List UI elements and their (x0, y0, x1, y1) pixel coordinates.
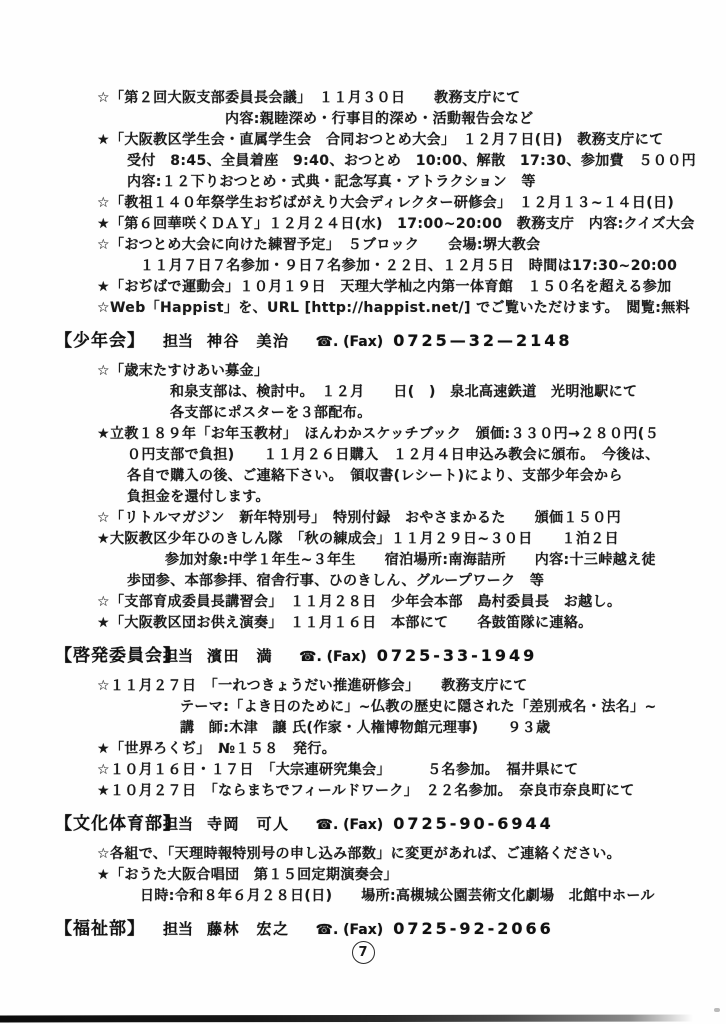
bulletin-line: 負担金を還付します。 (127, 487, 726, 508)
phone-number: 0725-90-6944 (393, 811, 554, 837)
section-title: 【啓発委員会】 (55, 643, 163, 669)
bulletin-line: ０円支部で負担) １１月２６日購入 １２月４日申込み教会に頒布。 今後は、 (127, 445, 726, 466)
bulletin-line: 歩団参、本部参拝、宿舎行事、ひのきしん、グループワーク 等 (127, 571, 726, 592)
bulletin-line: ★「大阪教区学生会・直属学生会 合同おつとめ大会」 １２月７日(日) 教務支庁に… (97, 130, 726, 151)
page-footer: 7 (0, 941, 726, 964)
bulletin-line: ★「第６回華咲くＤＡＹ」１２月２４日(水) 17:00~20:00 教務支庁 内… (97, 214, 726, 235)
staff-name: 寺岡 可人 (207, 811, 290, 837)
bulletin-line: 各支部にポスターを３部配布。 (170, 403, 726, 424)
phone-fax-icon: ☎. (Fax) (316, 812, 384, 838)
section-fukushi: 【福祉部】 担当 藤林 宏之 ☎. (Fax) 0725-92-2066 (0, 916, 726, 942)
staff-name: 藤林 宏之 (207, 916, 290, 942)
bulletin-line: 内容:親睦深め・行事目的深め・活動報告会など (225, 109, 726, 130)
phone-number: 0725—32—2148 (393, 328, 572, 354)
bulletin-line: ☆各組で、「天理時報特別号の申し込み部数」に変更があれば、ご連絡ください。 (97, 844, 726, 865)
section-header-bunka: 【文化体育部】 担当 寺岡 可人 ☎. (Fax) 0725-90-6944 (55, 811, 726, 837)
phone-fax-icon: ☎. (Fax) (316, 329, 384, 355)
scan-artifact-speck (714, 1008, 720, 1012)
bulletin-line: ☆１１月２７日 「一れつきょうだい推進研修会」 教務支庁にて (97, 676, 726, 697)
bulletin-line: テーマ:「よき日のために」~仏教の歴史に隠された「差別戒名・法名」~ (180, 697, 726, 718)
bulletin-line: 和泉支部は、検討中。 １２月 日( ) 泉北高速鉄道 光明池駅にて (170, 382, 726, 403)
bulletin-line: ★「おうた大阪合唱団 第１５回定期演奏会」 (97, 865, 726, 886)
bunka-item-list: ☆各組で、「天理時報特別号の申し込み部数」に変更があれば、ご連絡ください。 ★「… (0, 844, 726, 907)
scan-artifact-band (0, 1015, 700, 1023)
section-header-keihatsu: 【啓発委員会】 担当 濱田 満 ☎. (Fax) 0725-33-1949 (55, 643, 726, 669)
bulletin-line: ☆１０月１６日・１７日 「大宗連研究集会」 ５名参加。 福井県にて (97, 760, 726, 781)
bulletin-line: 内容:１２下りおつとめ・式典・記念写真・アトラクション 等 (127, 172, 726, 193)
section-title: 【文化体育部】 (55, 811, 163, 837)
bulletin-line: ★立教１８９年「お年玉教材」 ほんわかスケッチブック 頒価:３３０円→２８０円(… (97, 424, 726, 445)
bulletin-line: ★「世界ろくぢ」 №１５８ 発行。 (97, 739, 726, 760)
bulletin-line: ☆「第２回大阪支部委員長会議」 １１月３０日 教務支庁にて (97, 88, 726, 109)
staff-label: 担当 (163, 643, 193, 669)
staff-label: 担当 (163, 811, 193, 837)
phone-number: 0725-92-2066 (393, 916, 554, 942)
intro-item-list: ☆「第２回大阪支部委員長会議」 １１月３０日 教務支庁にて 内容:親睦深め・行事… (0, 88, 726, 319)
section-header-shonenkai: 【少年会】 担当 神谷 美治 ☎. (Fax) 0725—32—2148 (55, 328, 726, 354)
shonenkai-item-list: ☆「歳末たすけあい募金」 和泉支部は、検討中。 １２月 日( ) 泉北高速鉄道 … (0, 361, 726, 634)
bulletin-line: ☆「歳末たすけあい募金」 (97, 361, 726, 382)
bulletin-line: 受付 8:45、全員着座 9:40、おつとめ 10:00、解散 17:30、参加… (127, 151, 726, 172)
bulletin-line: ☆「教祖１４０年祭学生おぢばがえり大会ディレクター研修会」 １２月１３~１４日(… (97, 193, 726, 214)
bulletin-line: ★大阪教区少年ひのきしん隊 「秋の練成会」１１月２９日~３０日 １泊２日 (97, 529, 726, 550)
staff-label: 担当 (163, 328, 193, 354)
bulletin-line: ☆「リトルマガジン 新年特別号」 特別付録 おやさまかるた 頒価１５０円 (97, 508, 726, 529)
bulletin-line-url: ☆Web「Happist」を、URL [http://happist.net/]… (97, 298, 726, 319)
bulletin-line: ★「大阪教区団お供え演奏」 １１月１６日 本部にて 各鼓笛隊に連絡。 (97, 613, 726, 634)
scanned-bulletin-page: ☆「第２回大阪支部委員長会議」 １１月３０日 教務支庁にて 内容:親睦深め・行事… (0, 0, 726, 1024)
staff-label: 担当 (163, 916, 193, 942)
page-content: ☆「第２回大阪支部委員長会議」 １１月３０日 教務支庁にて 内容:親睦深め・行事… (0, 0, 726, 942)
phone-fax-icon: ☎. (Fax) (316, 917, 384, 943)
keihatsu-item-list: ☆１１月２７日 「一れつきょうだい推進研修会」 教務支庁にて テーマ:「よき日の… (0, 676, 726, 802)
phone-fax-icon: ☎. (Fax) (299, 644, 367, 670)
staff-name: 濱田 満 (207, 643, 273, 669)
section-bunka-taiiku: 【文化体育部】 担当 寺岡 可人 ☎. (Fax) 0725-90-6944 ☆… (0, 811, 726, 907)
bulletin-line: ★１０月２７日 「ならまちでフィールドワーク」 ２２名参加。 奈良市奈良町にて (97, 781, 726, 802)
section-title: 【福祉部】 (55, 916, 163, 942)
phone-number: 0725-33-1949 (377, 643, 538, 669)
bulletin-line: 講 師:木津 譲 氏(作家・人権博物館元理事) ９３歳 (180, 718, 726, 739)
bulletin-line: 日時:令和８年６月２８日(日) 場所:高槻城公園芸術文化劇場 北館中ホール (140, 886, 726, 907)
page-number: 7 (352, 941, 375, 964)
staff-name: 神谷 美治 (207, 328, 290, 354)
section-shonenkai: 【少年会】 担当 神谷 美治 ☎. (Fax) 0725—32—2148 ☆「歳… (0, 328, 726, 634)
bulletin-line: 各自で購入の後、ご連絡下さい。 領収書(レシート)により、支部少年会から (127, 466, 726, 487)
bulletin-line: ☆「おつとめ大会に向けた練習予定」 ５ブロック 会場:堺大教会 (97, 235, 726, 256)
section-header-fukushi: 【福祉部】 担当 藤林 宏之 ☎. (Fax) 0725-92-2066 (55, 916, 726, 942)
bulletin-line: 参加対象:中学１年生~３年生 宿泊場所:南海詰所 内容:十三峠越え徒 (165, 550, 726, 571)
bulletin-line: ★「おぢばで運動会」１０月１９日 天理大学杣之内第一体育館 １５０名を超える参加 (97, 277, 726, 298)
section-title: 【少年会】 (55, 328, 163, 354)
bulletin-line: １１月７日７名参加・９日７名参加・２２日、１２月５日 時間は17:30~20:0… (140, 256, 726, 277)
section-keihatsu: 【啓発委員会】 担当 濱田 満 ☎. (Fax) 0725-33-1949 ☆１… (0, 643, 726, 802)
bulletin-line: ☆「支部育成委員長講習会」 １１月２８日 少年会本部 島村委員長 お越し。 (97, 592, 726, 613)
